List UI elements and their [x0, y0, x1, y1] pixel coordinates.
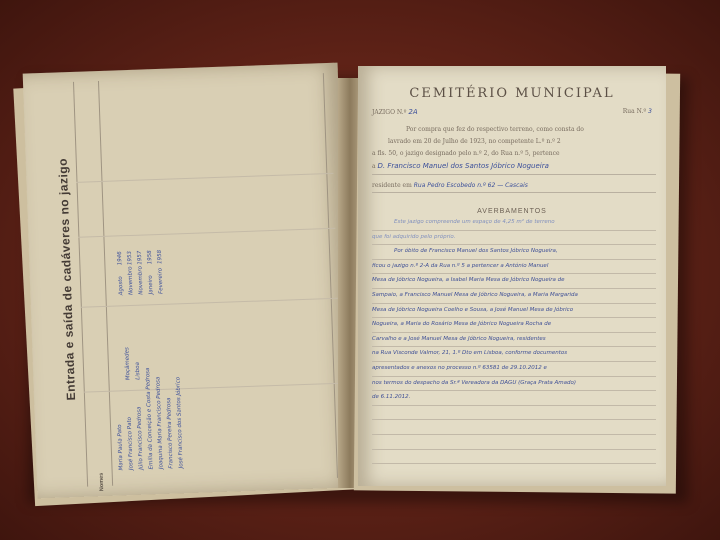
annotation-line: ficou o jazigo n.º 2-A da Rua n.º 5 a pe… — [372, 263, 548, 269]
row-rule — [76, 173, 333, 183]
annotation-line: que foi adquirido pelo próprio. — [372, 234, 455, 240]
name-entry: Maria Paula Pato — [117, 424, 125, 470]
sepultura-label: Rua N.º — [623, 108, 646, 115]
intro-line: Por compra que fez do respectivo terreno… — [406, 126, 584, 133]
sepultura-number: 3 — [648, 108, 652, 115]
annotation-line: Mesa de Jóbrico Nogueira, a Isabel Maria… — [372, 277, 565, 283]
annotation-line: Sampaio, a Francisco Manuel Mesa de Jóbr… — [372, 292, 578, 298]
name-entry: Joaquina Maria Francisco Pedrosa — [155, 377, 164, 470]
annotation-line: Carvalho e a José Manuel Mesa de Jóbrico… — [372, 336, 546, 342]
averbamentos-title: AVERBAMENTOS — [358, 208, 666, 215]
month-entry: Novembro — [137, 266, 144, 295]
name-entry: Júlio Francisco Pedrosa — [136, 406, 144, 469]
name-entry: José Francisco Pato — [127, 417, 135, 470]
name-entry: Emília da Conceição e Costa Pedrosa — [145, 368, 155, 470]
annotation-line: apresentados e anexos no processo n.º 63… — [372, 365, 547, 371]
left-page: Entrada e saída de cadáveres no jazigo N… — [23, 63, 353, 499]
column-header-nomes: Nomes — [99, 473, 106, 492]
month-entry: Novembro — [127, 266, 134, 295]
jazigo-number: 2A — [408, 108, 417, 116]
month-entry: Agosto — [118, 276, 125, 295]
annotation-line: na Rua Visconde Valmor, 21, 1.º Dto em L… — [372, 350, 567, 356]
right-page: CEMITÉRIO MUNICIPAL JAZIGO N.º 2A Rua N.… — [358, 66, 666, 486]
annotation-line: nos termos do despacho da Sr.ª Vereadora… — [372, 380, 576, 386]
year-entry: 1957 — [137, 251, 143, 265]
owner-name: D. Francisco Manuel dos Santos Jóbrico N… — [378, 162, 549, 170]
month-entry: Janeiro — [148, 275, 155, 294]
row-rule — [81, 298, 338, 308]
annotation-line: de 6.11.2012. — [372, 394, 410, 400]
name-entry: Francisco Pereira Pedrosa — [166, 397, 174, 468]
annotation-line: Nogueira, a Maria do Rosário Mesa de Jób… — [372, 321, 551, 327]
year-entry: 1958 — [157, 250, 163, 264]
origin-entry: Lisboa — [135, 362, 142, 380]
column-rule — [98, 81, 113, 486]
origin-entry: Moçâmedes — [124, 347, 131, 380]
annotation-line: Este jazigo compreende um espaço de 4,25… — [394, 219, 555, 225]
month-entry: Fevereiro — [158, 268, 165, 294]
jazigo-label: JAZIGO N.º — [372, 109, 407, 116]
year-entry: 1953 — [127, 251, 133, 265]
year-entry: 1958 — [147, 250, 153, 264]
annotation-list: Este jazigo compreende um espaço de 4,25… — [372, 216, 656, 464]
rule — [372, 174, 656, 175]
owner-prefix: a — [372, 163, 376, 170]
column-rule — [323, 73, 338, 478]
row-rule — [78, 228, 335, 238]
alvara-line: lavrado em 20 de Julho de 1923, no compe… — [388, 138, 561, 145]
residence-value: Rua Pedro Escobedo n.º 62 — Cascais — [414, 182, 528, 189]
year-entry: 1946 — [117, 251, 123, 265]
residence-label: residente em — [372, 182, 412, 189]
annotation-line: Mesa de Jóbrico Nogueira Coelho e Sousa,… — [372, 307, 573, 313]
fl-line: a fls. 50, o jazigo designado pelo n.º 2… — [372, 150, 560, 157]
rule — [372, 192, 656, 193]
row-rule — [84, 383, 341, 393]
name-entry: José Francisco dos Santos Jóbrico — [175, 377, 184, 469]
annotation-line: Por óbito de Francisco Manuel dos Santos… — [394, 248, 558, 254]
cemetery-header: CEMITÉRIO MUNICIPAL — [358, 86, 666, 101]
